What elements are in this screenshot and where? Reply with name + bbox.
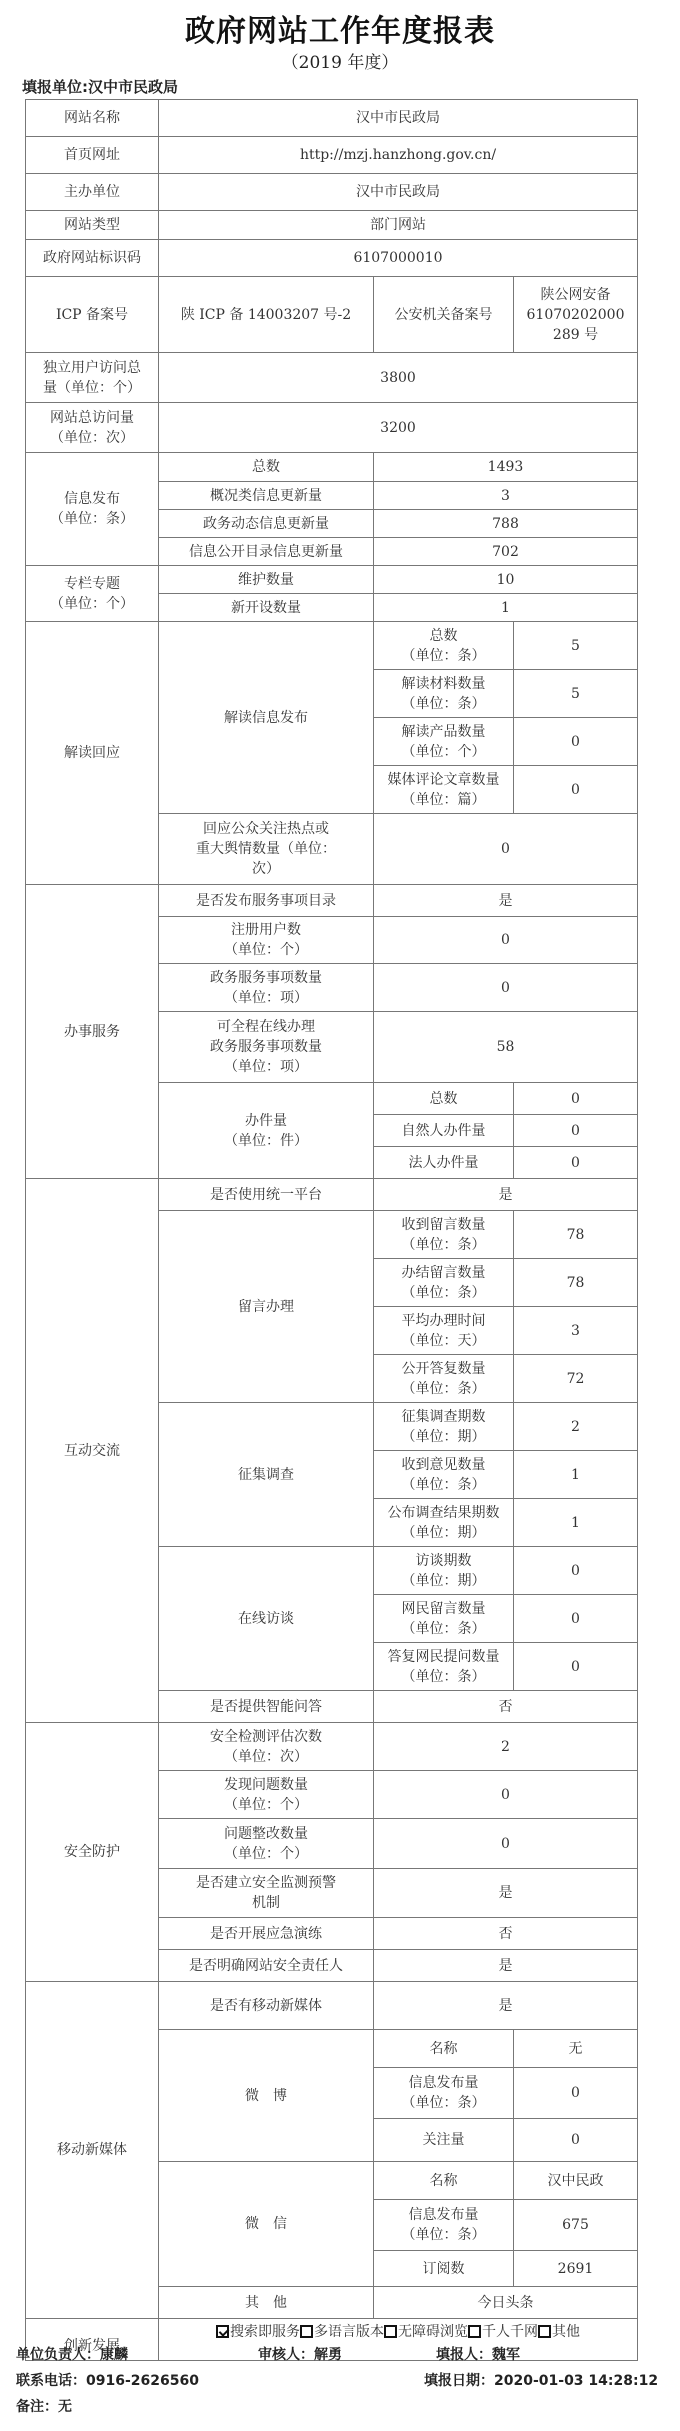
value-icp: 陕 ICP 备 14003207 号-2 [159,277,374,353]
messages-row-label: 公开答复数量 （单位：条） [374,1355,514,1403]
checkbox-empty-icon [538,2325,551,2338]
weibo-row-value: 无 [514,2030,638,2068]
label-pv: 网站总访问量 （单位：次） [26,403,159,453]
weibo-row-label: 名称 [374,2030,514,2068]
value-site-name: 汉中市民政局 [159,100,638,137]
checkbox-personalized[interactable]: 千人千网 [468,2324,538,2340]
footer-date: 填报日期：2020-01-03 14:28:12 [424,2370,658,2390]
checkbox-multilingual[interactable]: 多语言版本 [300,2324,384,2340]
services-row-value: 0 [374,917,638,964]
survey-row-label: 征集调查期数 （单位：期） [374,1403,514,1451]
interview-row-label: 访谈期数 （单位：期） [374,1547,514,1595]
interview-row-value: 0 [514,1547,638,1595]
label-interview: 在线访谈 [159,1547,374,1691]
footer-reviewer: 审核人：解勇 [258,2344,342,2364]
label-homepage: 首页网址 [26,137,159,174]
value-interp-response: 0 [374,814,638,885]
report-title: 政府网站工作年度报表 [0,6,680,50]
interp-row-value: 5 [514,622,638,670]
cases-row-value: 0 [514,1147,638,1179]
security-row-label: 是否开展应急演练 [159,1918,374,1950]
label-wechat: 微 信 [159,2162,374,2287]
value-site-type: 部门网站 [159,211,638,240]
checkbox-search-service[interactable]: 搜索即服务 [216,2324,300,2340]
checkbox-other[interactable]: 其他 [538,2324,580,2340]
label-security: 安全防护 [26,1723,159,1982]
security-row-label: 是否明确网站安全责任人 [159,1950,374,1982]
info-row-value: 702 [374,538,638,566]
interview-row-label: 网民留言数量 （单位：条） [374,1595,514,1643]
messages-row-label: 收到留言数量 （单位：条） [374,1211,514,1259]
label-site-code: 政府网站标识码 [26,240,159,277]
survey-row-label: 公布调查结果期数 （单位：期） [374,1499,514,1547]
columns-row-label: 维护数量 [159,566,374,594]
info-row-value: 3 [374,482,638,510]
services-row-value: 58 [374,1012,638,1083]
security-row-label: 问题整改数量 （单位：个） [159,1819,374,1869]
interp-row-value: 0 [514,718,638,766]
wechat-row-label: 名称 [374,2162,514,2200]
interp-row-label: 媒体评论文章数量 （单位：篇） [374,766,514,814]
security-row-label: 是否建立安全监测预警 机制 [159,1869,374,1918]
security-row-label: 发现问题数量 （单位：个） [159,1771,374,1819]
value-police: 陕公网安备 61070202000 289 号 [514,277,638,353]
label-columns: 专栏专题 （单位：个） [26,566,159,622]
info-row-label: 总数 [159,453,374,482]
security-row-value: 2 [374,1723,638,1771]
security-row-value: 0 [374,1771,638,1819]
value-pv: 3200 [159,403,638,453]
interp-row-value: 0 [514,766,638,814]
security-row-value: 是 [374,1950,638,1982]
value-other-media: 今日头条 [374,2287,638,2319]
survey-row-label: 收到意见数量 （单位：条） [374,1451,514,1499]
security-row-label: 安全检测评估次数 （单位：次） [159,1723,374,1771]
label-info-publish: 信息发布 （单位：条） [26,453,159,566]
services-row-label: 政务服务事项数量 （单位：项） [159,964,374,1012]
label-interaction: 互动交流 [26,1179,159,1723]
label-qa: 是否提供智能问答 [159,1691,374,1723]
checkbox-checked-icon [216,2325,229,2338]
value-homepage: http://mzj.hanzhong.gov.cn/ [159,137,638,174]
label-weibo: 微 博 [159,2030,374,2162]
weibo-row-value: 0 [514,2119,638,2162]
interp-row-label: 总数 （单位：条） [374,622,514,670]
info-row-value: 788 [374,510,638,538]
label-has-mobile: 是否有移动新媒体 [159,1982,374,2030]
cases-row-label: 总数 [374,1083,514,1115]
report-year: （2019 年度） [0,48,680,73]
value-uv: 3800 [159,353,638,403]
interview-row-value: 0 [514,1595,638,1643]
wechat-row-label: 信息发布量 （单位：条） [374,2200,514,2251]
checkbox-empty-icon [300,2325,313,2338]
wechat-row-value: 汉中民政 [514,2162,638,2200]
value-site-code: 6107000010 [159,240,638,277]
cases-row-value: 0 [514,1115,638,1147]
messages-row-label: 办结留言数量 （单位：条） [374,1259,514,1307]
value-has-mobile: 是 [374,1982,638,2030]
label-uv: 独立用户访问总 量（单位：个） [26,353,159,403]
interp-row-label: 解读产品数量 （单位：个） [374,718,514,766]
wechat-row-label: 订阅数 [374,2251,514,2287]
wechat-row-value: 675 [514,2200,638,2251]
wechat-row-value: 2691 [514,2251,638,2287]
interview-row-value: 0 [514,1643,638,1691]
label-survey: 征集调查 [159,1403,374,1547]
label-site-name: 网站名称 [26,100,159,137]
messages-row-value: 72 [514,1355,638,1403]
messages-row-value: 3 [514,1307,638,1355]
label-platform: 是否使用统一平台 [159,1179,374,1211]
checkbox-empty-icon [468,2325,481,2338]
innovation-options: 搜索即服务多语言版本无障碍浏览千人千网其他 [159,2319,638,2361]
survey-row-value: 1 [514,1499,638,1547]
checkbox-empty-icon [384,2325,397,2338]
label-interpretation: 解读回应 [26,622,159,885]
label-sponsor: 主办单位 [26,174,159,211]
messages-row-label: 平均办理时间 （单位：天） [374,1307,514,1355]
label-interp-response: 回应公众关注热点或 重大舆情数量（单位： 次） [159,814,374,885]
label-cases: 办件量 （单位：件） [159,1083,374,1179]
cases-row-label: 法人办件量 [374,1147,514,1179]
label-messages: 留言办理 [159,1211,374,1403]
label-mobile: 移动新媒体 [26,1982,159,2319]
report-table: 网站名称汉中市民政局 首页网址http://mzj.hanzhong.gov.c… [25,99,638,2361]
interview-row-label: 答复网民提问数量 （单位：条） [374,1643,514,1691]
cases-row-value: 0 [514,1083,638,1115]
weibo-row-value: 0 [514,2068,638,2119]
columns-row-value: 1 [374,594,638,622]
footer-phone: 联系电话：0916-2626560 [16,2370,199,2390]
interp-row-label: 解读材料数量 （单位：条） [374,670,514,718]
info-row-label: 信息公开目录信息更新量 [159,538,374,566]
label-interp-publish: 解读信息发布 [159,622,374,814]
cases-row-label: 自然人办件量 [374,1115,514,1147]
value-qa: 否 [374,1691,638,1723]
security-row-value: 否 [374,1918,638,1950]
label-other-media: 其 他 [159,2287,374,2319]
services-row-value: 是 [374,885,638,917]
columns-row-value: 10 [374,566,638,594]
footer-unit-head: 单位负责人：康麟 [16,2344,128,2364]
interp-row-value: 5 [514,670,638,718]
messages-row-value: 78 [514,1211,638,1259]
filing-unit: 填报单位:汉中市民政局 [22,76,178,97]
survey-row-value: 2 [514,1403,638,1451]
footer-note: 备注：无 [16,2396,72,2416]
services-row-label: 是否发布服务事项目录 [159,885,374,917]
value-sponsor: 汉中市民政局 [159,174,638,211]
label-police: 公安机关备案号 [374,277,514,353]
checkbox-accessibility[interactable]: 无障碍浏览 [384,2324,468,2340]
messages-row-value: 78 [514,1259,638,1307]
footer-filler: 填报人：魏军 [436,2344,520,2364]
value-platform: 是 [374,1179,638,1211]
info-row-label: 政务动态信息更新量 [159,510,374,538]
security-row-value: 0 [374,1819,638,1869]
info-row-value: 1493 [374,453,638,482]
info-row-label: 概况类信息更新量 [159,482,374,510]
columns-row-label: 新开设数量 [159,594,374,622]
services-row-label: 可全程在线办理 政务服务事项数量 （单位：项） [159,1012,374,1083]
services-row-value: 0 [374,964,638,1012]
weibo-row-label: 关注量 [374,2119,514,2162]
label-icp: ICP 备案号 [26,277,159,353]
survey-row-value: 1 [514,1451,638,1499]
security-row-value: 是 [374,1869,638,1918]
label-site-type: 网站类型 [26,211,159,240]
services-row-label: 注册用户数 （单位：个） [159,917,374,964]
weibo-row-label: 信息发布量 （单位：条） [374,2068,514,2119]
label-services: 办事服务 [26,885,159,1179]
